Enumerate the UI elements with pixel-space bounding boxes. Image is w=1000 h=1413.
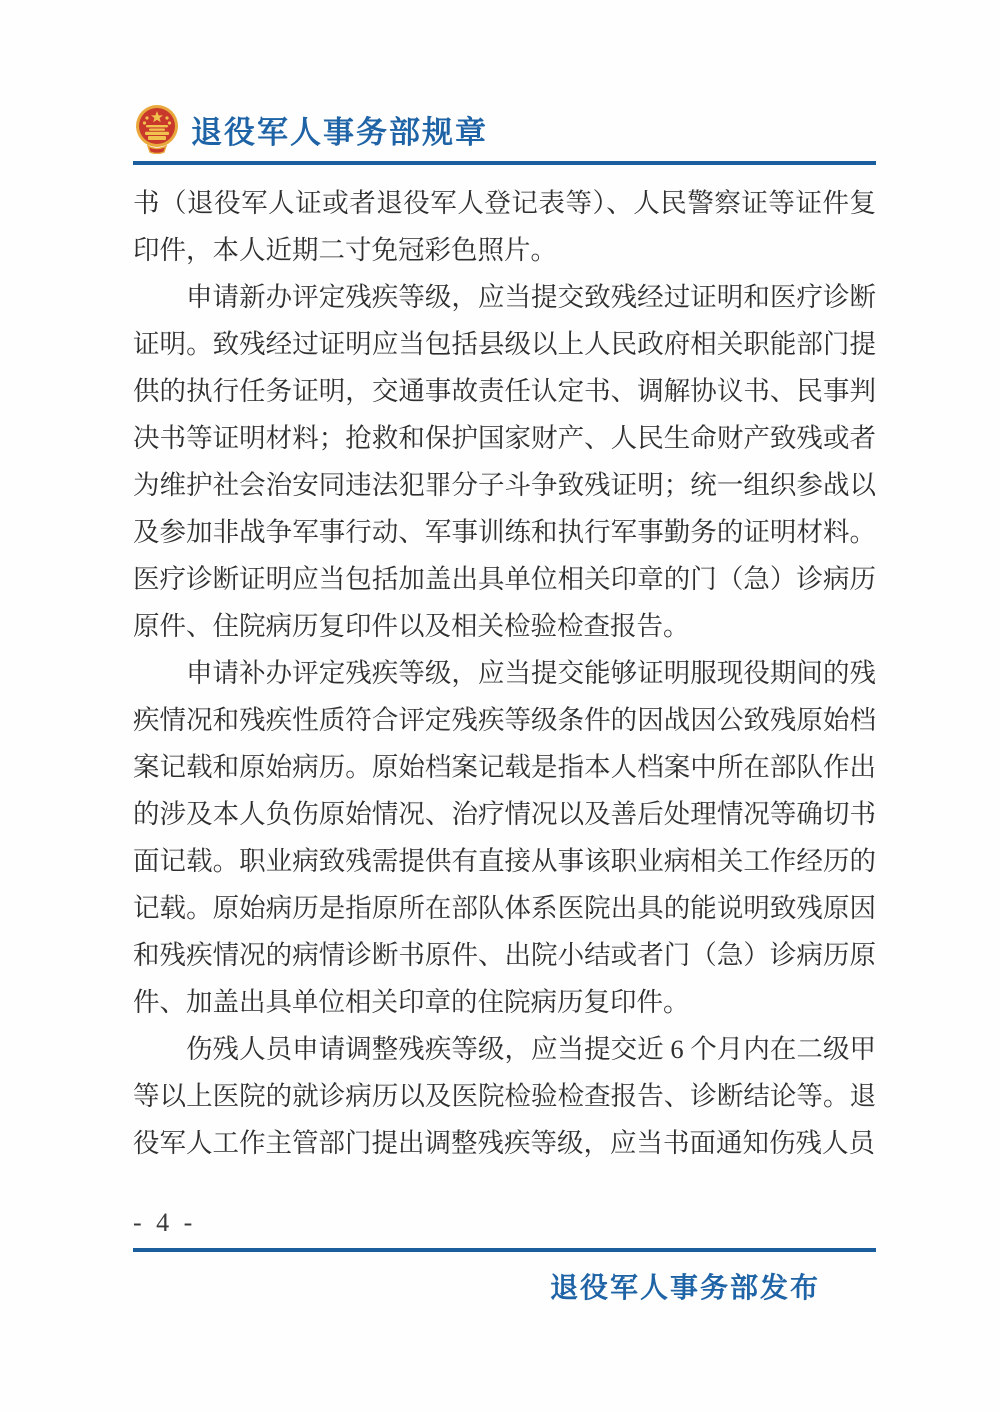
document-body: 书（退役军人证或者退役军人登记表等）、人民警察证等证件复印件，本人近期二寸免冠彩… [133,180,876,1167]
china-national-emblem-icon [133,104,181,154]
document-header: 退役军人事务部规章 [133,104,876,154]
document-page: 退役军人事务部规章 书（退役军人证或者退役军人登记表等）、人民警察证等证件复印件… [0,0,1000,1413]
publisher-label: 退役军人事务部发布 [133,1266,876,1306]
page-title: 退役军人事务部规章 [191,107,488,152]
paragraph: 申请补办评定残疾等级，应当提交能够证明服现役期间的残疾情况和残疾性质符合评定残疾… [133,650,876,1026]
paragraph: 申请新办评定残疾等级，应当提交致残经过证明和医疗诊断证明。致残经过证明应当包括县… [133,274,876,650]
paragraph: 书（退役军人证或者退役军人登记表等）、人民警察证等证件复印件，本人近期二寸免冠彩… [133,180,876,274]
paragraph: 伤残人员申请调整残疾等级，应当提交近 6 个月内在二级甲等以上医院的就诊病历以及… [133,1026,876,1167]
header-divider [133,161,876,165]
footer-divider [133,1248,876,1252]
page-number: - 4 - [133,1208,876,1238]
